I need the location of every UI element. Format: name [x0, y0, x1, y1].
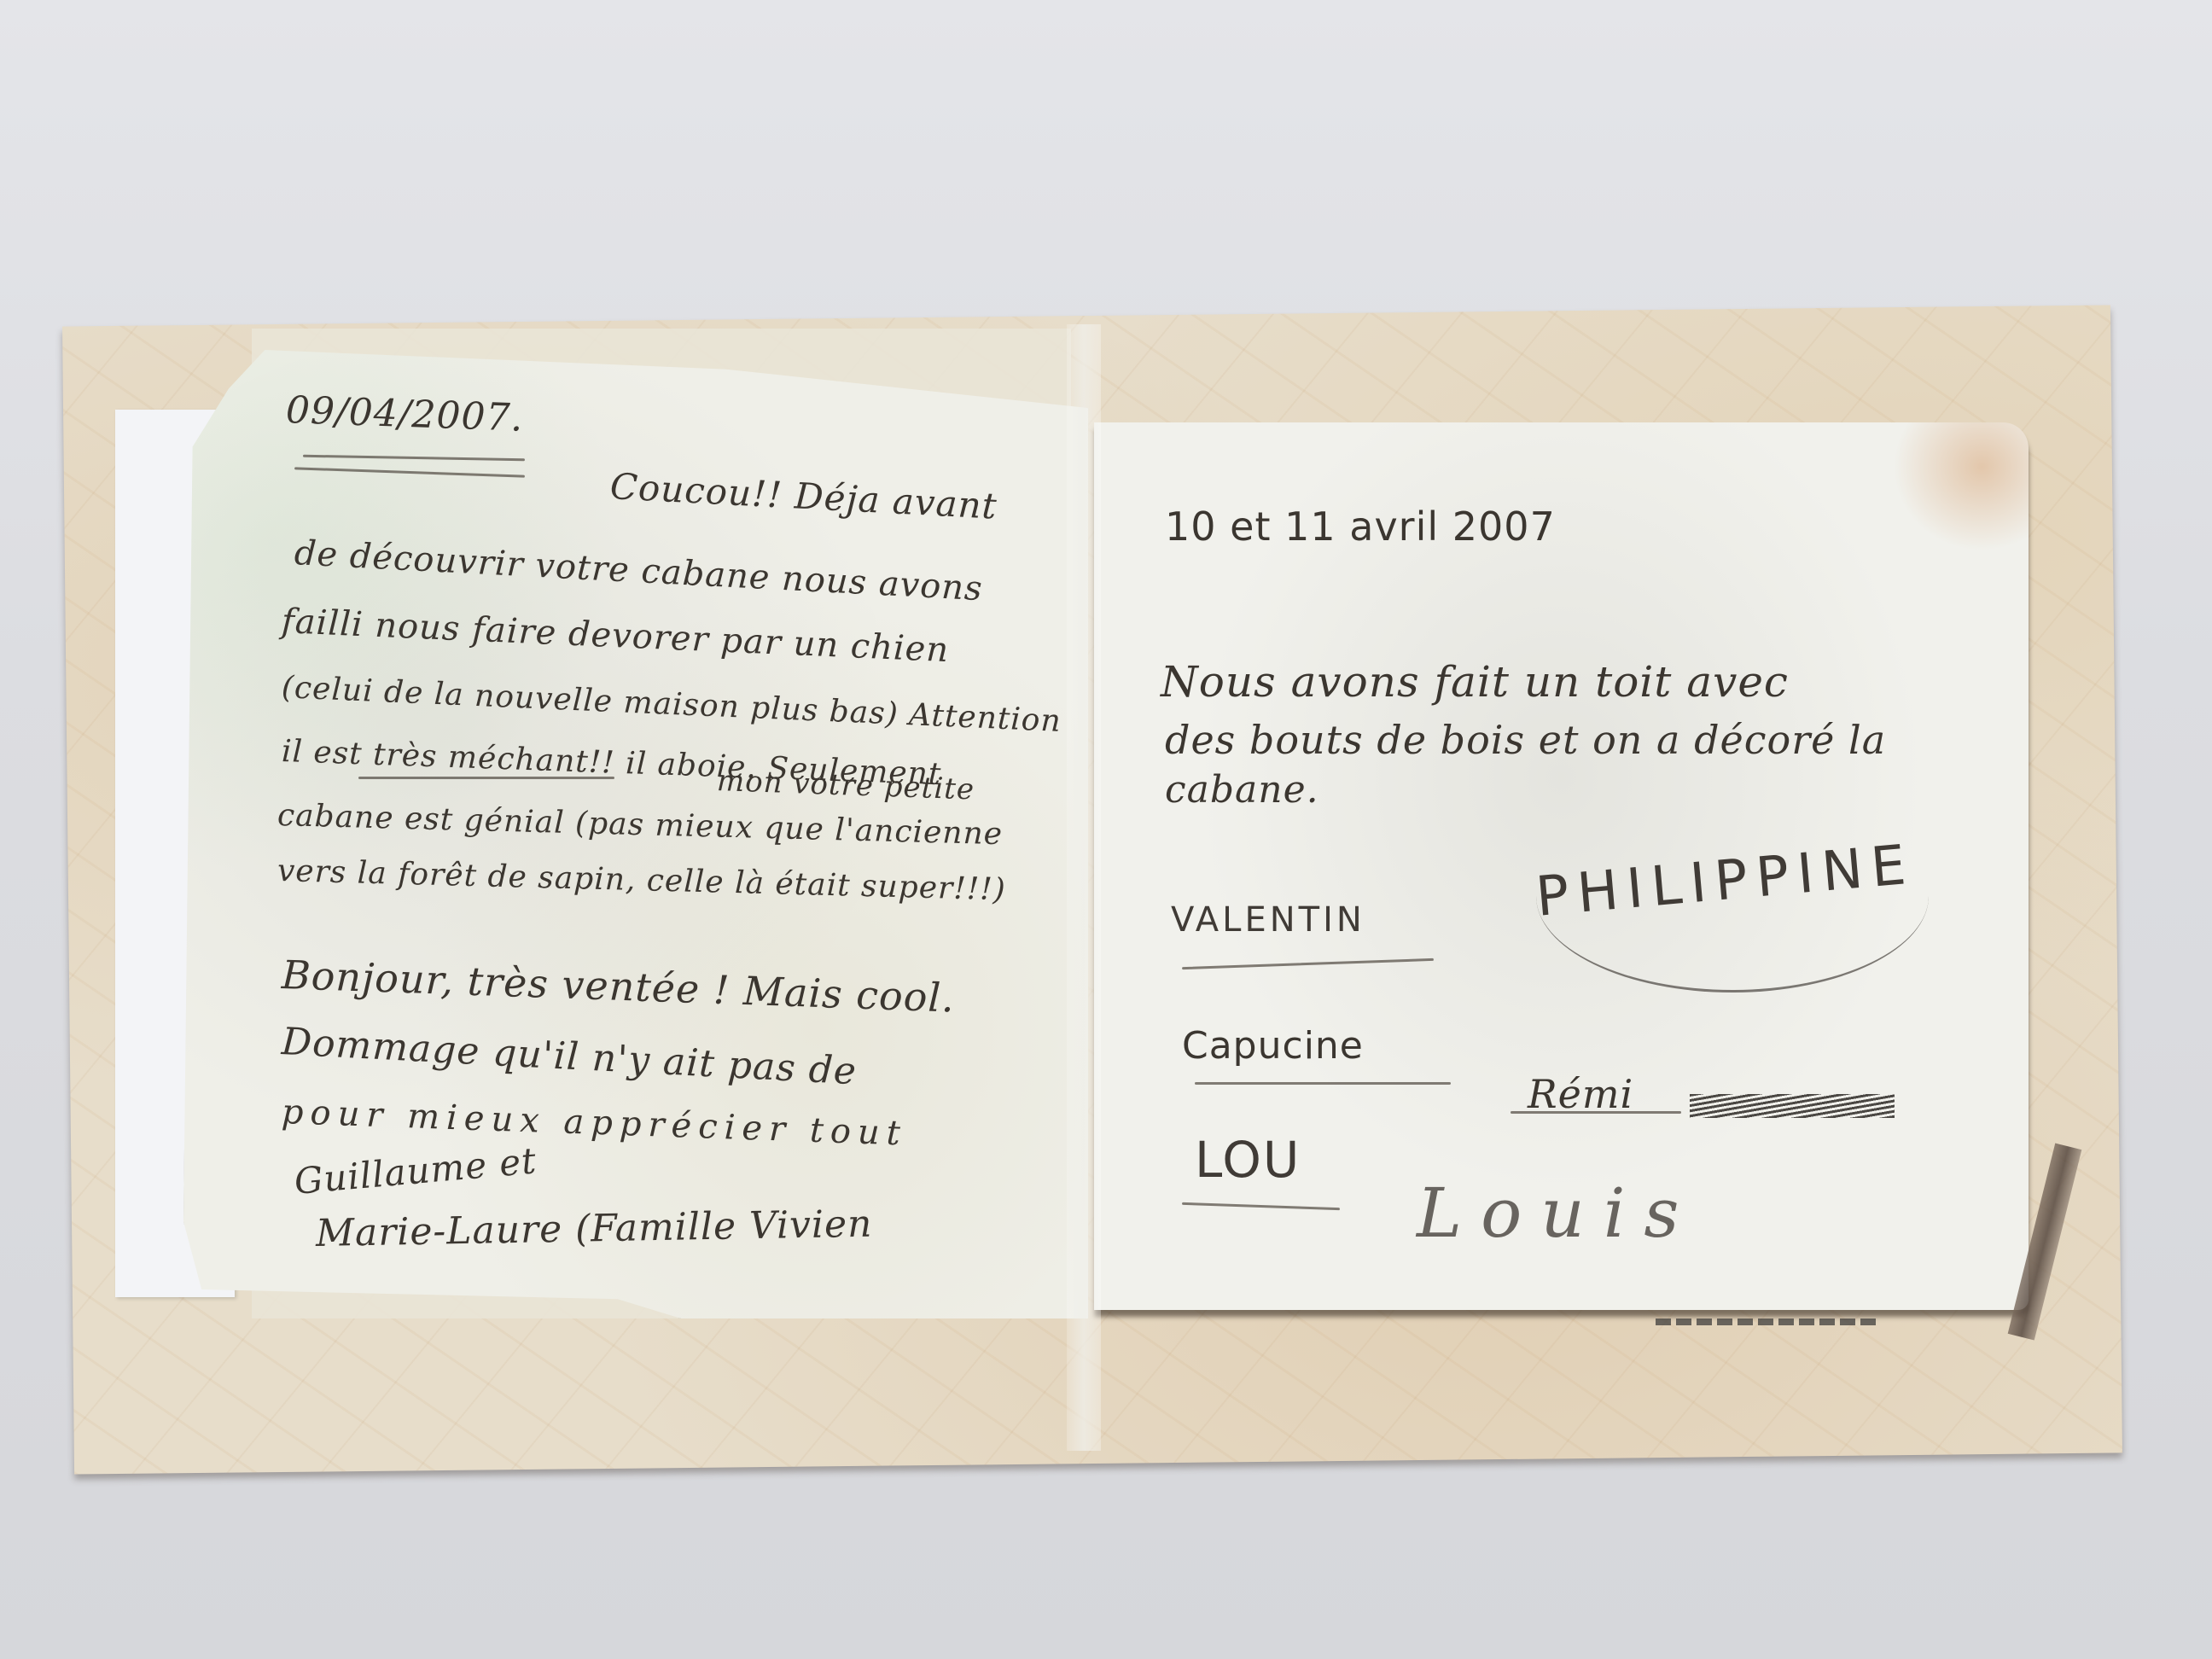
right-date: 10 et 11 avril 2007 — [1165, 504, 1556, 550]
crossed-out-scribble — [1690, 1094, 1895, 1118]
left-date: 09/04/2007. — [285, 388, 524, 440]
signature-lou: LOU — [1195, 1131, 1301, 1189]
right-line-2: des bouts de bois et on a décoré la — [1165, 717, 1886, 763]
signature-valentin: VALENTIN — [1171, 900, 1365, 940]
spine-tape — [1067, 324, 1101, 1451]
mechant-underline — [358, 777, 614, 779]
signature-capucine: Capucine — [1182, 1024, 1364, 1068]
signature-remi: Rémi — [1528, 1071, 1633, 1117]
right-line-1: Nous avons fait un toit avec — [1161, 657, 1789, 707]
right-line-3: cabane. — [1165, 768, 1319, 812]
capucine-underline — [1195, 1082, 1451, 1085]
remi-underline — [1511, 1111, 1681, 1114]
printed-label-strip — [1656, 1318, 1877, 1325]
signature-louis-scrawl: Louis — [1417, 1173, 1697, 1253]
